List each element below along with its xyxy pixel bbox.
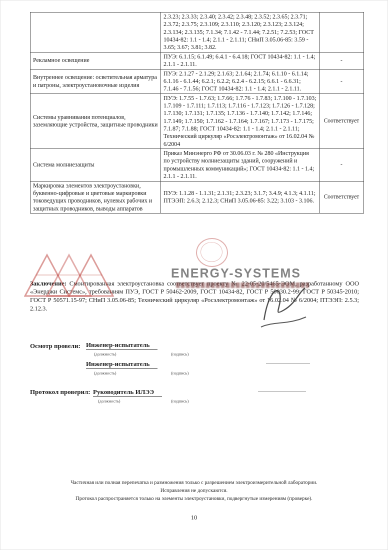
cell-result — [319, 12, 364, 52]
footnote-line: Исправления не допускаются. — [0, 487, 388, 495]
conformity-table-body: 2.3.23; 2.3.33; 2.3.40; 2.3.42; 2.3.48; … — [30, 12, 364, 213]
cell-element: Внутреннее освещение: осветительная арма… — [30, 69, 161, 94]
table-row: Рекламное освещениеПУЭ: 6.1.15; 6.1.49; … — [30, 52, 364, 69]
conclusion-paragraph: Заключение: Смонтированная электроустано… — [30, 279, 359, 313]
cell-element — [30, 12, 161, 52]
cell-element: Рекламное освещение — [30, 52, 161, 69]
cell-element: Системы уравнивания потенциалов, заземля… — [30, 94, 161, 149]
position-hint: (должность) — [94, 352, 116, 357]
table-row: Маркировка элементов электроустановки, б… — [30, 181, 364, 213]
position-hint: (должность) — [94, 371, 116, 376]
inspection-label: Осмотр провели: — [30, 342, 80, 350]
check-position: Руководитель ИЛЭЭ — [93, 388, 162, 397]
cell-element: Маркировка элементов электроустановки, б… — [30, 181, 161, 213]
stamp-circle-icon — [196, 238, 228, 267]
check-label: Протокол проверил: — [30, 388, 90, 396]
conformity-table: 2.3.23; 2.3.33; 2.3.40; 2.3.42; 2.3.48; … — [30, 12, 364, 213]
table-row: 2.3.23; 2.3.33; 2.3.40; 2.3.42; 2.3.48; … — [30, 12, 364, 52]
cell-result: Соответствует — [319, 181, 364, 213]
cell-result: - — [319, 149, 364, 181]
cell-result: - — [319, 69, 364, 94]
cell-requirements: ПУЭ: 1.7.55 - 1.7.63; 1.7.66; 1.7.76 - 1… — [161, 94, 320, 149]
sign-hint: (подпись) — [171, 352, 189, 357]
table-row: Системы уравнивания потенциалов, заземля… — [30, 94, 364, 149]
cell-result: - — [319, 52, 364, 69]
conclusion-text: Смонтированная электроустановка соответс… — [30, 280, 359, 312]
footnotes: Частичная или полная перепечатка и размн… — [0, 479, 388, 503]
cell-requirements: ПУЭ: 2.1.27 - 2.1.29; 2.1.63; 2.1.64; 2.… — [161, 69, 320, 94]
signature-line — [266, 356, 310, 364]
sign-hint: (подпись) — [171, 399, 189, 404]
cell-requirements: 2.3.23; 2.3.33; 2.3.40; 2.3.42; 2.3.48; … — [161, 12, 320, 52]
document-page: 2.3.23; 2.3.33; 2.3.40; 2.3.42; 2.3.48; … — [0, 0, 388, 550]
table-row: Внутреннее освещение: осветительная арма… — [30, 69, 364, 94]
cell-requirements: ПУЭ: 1.1.28 - 1.1.31; 2.1.31; 2.3.23; 3.… — [161, 181, 320, 213]
table-row: Система молниезащитыПриказ Минэнерго РФ … — [30, 149, 364, 181]
page-number: 10 — [0, 514, 388, 522]
inspector-position-1: Инженер-испытатель — [86, 341, 158, 350]
footnote-line: Протокол распространяется только на элем… — [0, 495, 388, 503]
footnote-line: Частичная или полная перепечатка и размн… — [0, 479, 388, 487]
position-hint: (должность) — [98, 399, 120, 404]
signature-line — [258, 384, 306, 392]
inspector-position-2: Инженер-испытатель — [86, 360, 158, 369]
cell-result: Соответствует — [319, 94, 364, 149]
cell-requirements: Приказ Минэнерго РФ от 30.06.03 г. № 280… — [161, 149, 320, 181]
conclusion-label: Заключение: — [30, 280, 66, 287]
cell-element: Система молниезащиты — [30, 149, 161, 181]
cell-requirements: ПУЭ: 6.1.15; 6.1.49; 6.4.1 - 6.4.18; ГОС… — [161, 52, 320, 69]
sign-hint: (подпись) — [171, 371, 189, 376]
